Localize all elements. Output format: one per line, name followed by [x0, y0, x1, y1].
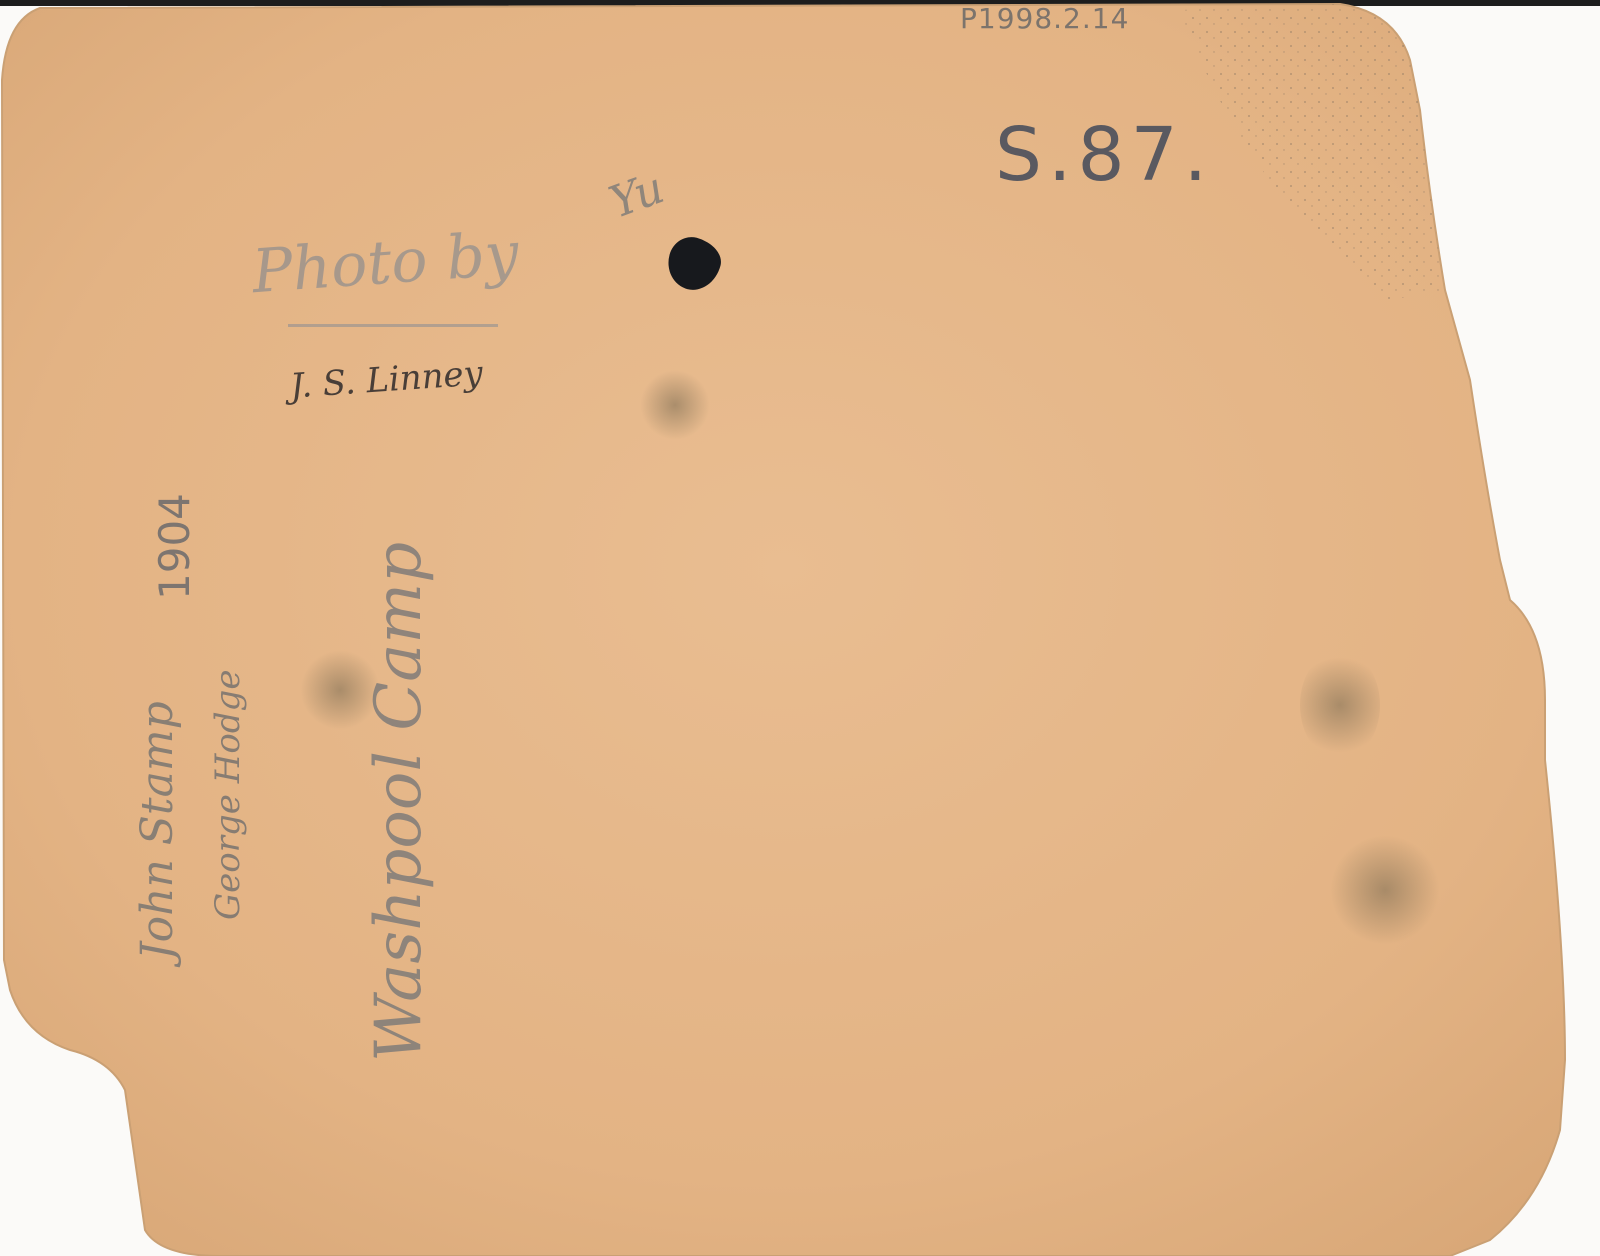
accession-number: P1998.2.14: [960, 2, 1129, 35]
water-stain: [640, 370, 710, 440]
place-name: Washpool Camp: [362, 542, 436, 1062]
photo-card-back: P1998.2.14 S.87. Yu Photo by J. S. Linne…: [0, 0, 1600, 1256]
card-shape: [0, 0, 1600, 1256]
catalog-number: S.87.: [995, 112, 1213, 198]
water-stain: [1330, 835, 1440, 945]
water-stain: [1300, 650, 1380, 760]
underline: [288, 324, 498, 327]
person-name: John Stamp: [132, 701, 183, 960]
year-annotation: 1904: [150, 493, 199, 600]
person-name: George Hodge: [208, 670, 248, 920]
